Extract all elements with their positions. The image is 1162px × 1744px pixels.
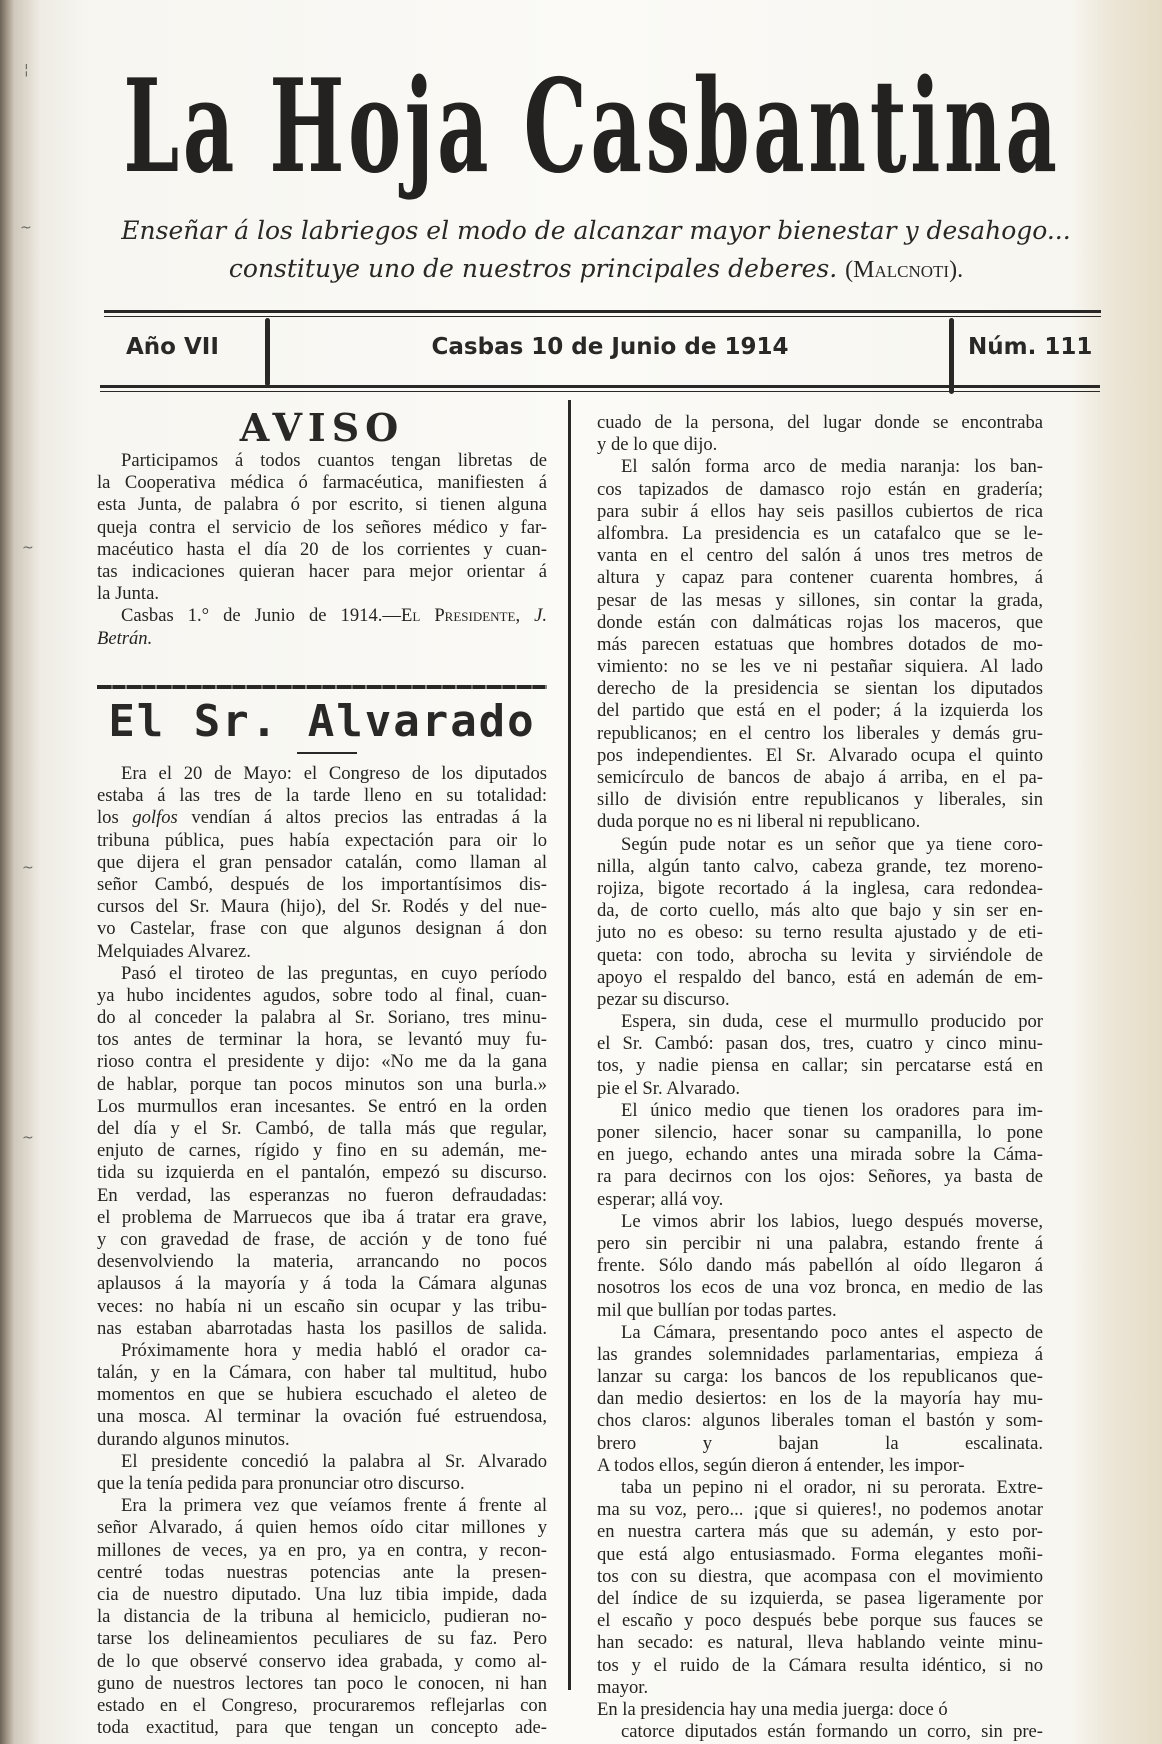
text-line: sillo de división entre republicanos y l… (597, 789, 1043, 811)
text-line: estado en el Congreso, procuraremos refl… (97, 1695, 547, 1717)
text-line: El salón forma arco de media naranja: lo… (597, 456, 1043, 478)
rule-top-thin (104, 316, 1101, 317)
motto-text: constituye uno de nuestros principales d… (229, 254, 837, 283)
text-line: aplausos á la mayoría y á toda la Cámara… (97, 1273, 547, 1295)
aviso-body: Participamos á todos cuantos tengan libr… (97, 450, 547, 650)
text-line: pos independientes. El Sr. Alvarado ocup… (597, 745, 1043, 767)
text-line: El presidente concedió la palabra al Sr.… (97, 1451, 547, 1473)
issue-place-date: Casbas 10 de Junio de 1914 (270, 334, 950, 360)
text-line: que dijera el gran pensador catalán, com… (97, 852, 547, 874)
text-line: vanta en el centro del salón á unos tres… (597, 545, 1043, 567)
text-line: del día y el Sr. Cambó, de talla más que… (97, 1118, 547, 1140)
text-line: centré todas nuestras potencias ante la … (97, 1562, 547, 1584)
text-line: Le vimos abrir los labios, luego después… (597, 1211, 1043, 1233)
margin-mark: ~ (22, 860, 34, 876)
text-line: rioso contra el presidente y dijo: «No m… (97, 1051, 547, 1073)
text-line: rojiza, bigote recortado á la inglesa, c… (597, 878, 1043, 900)
text-line: ma su voz, pero... ¡que si quieres!, no … (597, 1499, 1043, 1521)
text-line: tribuna pública, pues había expectación … (97, 830, 547, 852)
text-line: donde están con dalmáticas rojas los mac… (597, 612, 1043, 634)
text-line: Según pude notar es un señor que ya tien… (597, 834, 1043, 856)
text-line: El único medio que tienen los oradores p… (597, 1100, 1043, 1122)
text-line: de hablar, porque tan pocos minutos son … (97, 1074, 547, 1096)
text-line: queja contra el servicio de los señores … (97, 517, 547, 539)
text-line: brero y bajan la escalinata. (597, 1433, 1043, 1455)
article-heading: El Sr. Alvarado (97, 696, 547, 747)
text-line: pezar su discurso. (597, 989, 1043, 1011)
text-line: pero sin percibir ni una palabra, estand… (597, 1233, 1043, 1255)
text-line: y con gravedad de frase, de acción y de … (97, 1229, 547, 1251)
text-line: esta Junta, de palabra ó por escrito, si… (97, 494, 547, 516)
heading-underline (297, 752, 357, 754)
rule-top (104, 310, 1101, 313)
text-line: señor Alvarado, á quien hemos oído citar… (97, 1517, 547, 1539)
text-line: toda exactitud, para que tengan un conce… (97, 1717, 547, 1739)
text-line: frente. Sólo dando más pabellón al oído … (597, 1255, 1043, 1277)
text-line: que la tenía pedida para pronunciar otro… (97, 1473, 547, 1495)
text-line: vo Castelar, frase con que algunos desig… (97, 918, 547, 940)
text-line: nilla, algún tanto calvo, cabeza grande,… (597, 856, 1043, 878)
article-column-left: Era el 20 de Mayo: el Congreso de los di… (97, 763, 547, 1739)
text-line: ra para decirnos con los ojos: Señores, … (597, 1166, 1043, 1188)
text-line: juto no es obeso: su terno resulta ajust… (597, 922, 1043, 944)
margin-mark: ~ (22, 1130, 34, 1146)
text-line: guno de nuestros lectores tan poco le co… (97, 1673, 547, 1695)
text-line: La Cámara, presentando poco antes el asp… (597, 1322, 1043, 1344)
text-line: del índice de su izquierda, se pasea lig… (597, 1588, 1043, 1610)
text-line: han secado: es natural, lleva hablando v… (597, 1632, 1043, 1654)
text-line: tos antes de terminar la hora, se levant… (97, 1029, 547, 1051)
text-line: alfombra. La presidencia es un catafalco… (597, 523, 1043, 545)
text-line: la Junta. (97, 583, 547, 605)
text-line: En verdad, las esperanzas no fueron defr… (97, 1185, 547, 1207)
text-line: desenvolviendo la materia, arrancando no… (97, 1251, 547, 1273)
text-line: Era el 20 de Mayo: el Congreso de los di… (97, 763, 547, 785)
text-line: la Cooperativa médica ó farmacéutica, ma… (97, 472, 547, 494)
text-line: republicanos; en el centro los liberales… (597, 723, 1043, 745)
text-line: poner silencio, hacer sonar su campanill… (597, 1122, 1043, 1144)
text-line: altura y capaz para contener cuarenta ho… (597, 567, 1043, 589)
text-line: cuado de la persona, del lugar donde se … (597, 412, 1043, 434)
text-line: el escaño y poco después bebe porque sus… (597, 1610, 1043, 1632)
text-line: queta: con todo, abrocha su levita y sir… (597, 945, 1043, 967)
text-line: que está algo entusiasmado. Forma elegan… (597, 1544, 1043, 1566)
text-line: Participamos á todos cuantos tengan libr… (97, 450, 547, 472)
text-line: duda porque no es ni liberal ni republic… (597, 811, 1043, 833)
text-line: una mosca. Al terminar la ovación fué es… (97, 1406, 547, 1428)
text-line: chos claros: algunos liberales toman el … (597, 1410, 1043, 1432)
text-line: semicírculo de bancos de abajo á arriba,… (597, 767, 1043, 789)
text-line: cos tapizados de damasco rojo están en g… (597, 479, 1043, 501)
text-line: Era la primera vez que veíamos frente á … (97, 1495, 547, 1517)
issue-year: Año VII (126, 334, 219, 360)
masthead-title: La Hoja Casbantina (96, 52, 1088, 202)
text-line: señor Cambó, después de los importantísi… (97, 874, 547, 896)
text-line: dan medio desiertos: en los de la mayorí… (597, 1388, 1043, 1410)
text-line: los golfos vendían á altos precios las e… (97, 807, 547, 829)
text-line: veces: no había ni un escaño sin ocupar … (97, 1296, 547, 1318)
text-line: Melquiades Alvarez. (97, 941, 547, 963)
text-line: do al conceder la palabra al Sr. Soriano… (97, 1007, 547, 1029)
text-line: cursos del Sr. Maura (hijo), del Sr. Rod… (97, 896, 547, 918)
margin-mark: ~ (22, 540, 34, 556)
text-line: millones de veces, ya en pro, ya en cont… (97, 1540, 547, 1562)
text-line: pesar de las mesas y sillones, sin conta… (597, 590, 1043, 612)
text-line: durando algunos minutos. (97, 1429, 547, 1451)
text-line: tas indicaciones quieran hacer para mejo… (97, 561, 547, 583)
text-line: Casbas 1.° de Junio de 1914.—El Presiden… (97, 605, 547, 627)
text-line: el Sr. Cambó: pasan dos, tres, cuatro y … (597, 1033, 1043, 1055)
text-line: Espera, sin duda, cese el murmullo produ… (597, 1011, 1043, 1033)
text-line: del partido que está en el poder; á la i… (597, 700, 1043, 722)
text-line: Pasó el tiroteo de las preguntas, en cuy… (97, 963, 547, 985)
text-line: estaba á las tres de la tarde lleno en s… (97, 785, 547, 807)
text-line: ya hubo incidentes agudos, sobre todo al… (97, 985, 547, 1007)
text-line: mil que bullían por todas partes. (597, 1300, 1043, 1322)
text-line: mayor. (597, 1677, 1043, 1699)
text-line: cia de nuestro diputado. Una luz tibia i… (97, 1584, 547, 1606)
text-line: tos, y nadie piensa en callar; sin perca… (597, 1055, 1043, 1077)
text-line: en nuestra cartera más que su ademán, y … (597, 1521, 1043, 1543)
text-line: vimiento: no se les ve ni pestañar siqui… (597, 656, 1043, 678)
text-line: tarse los delineamientos peculiares de s… (97, 1628, 547, 1650)
text-line: tos y el ruido de la Cámara resulta idén… (597, 1655, 1043, 1677)
text-line: en juego, echando antes una mirada sobre… (597, 1144, 1043, 1166)
motto-line-1: Enseñar á los labriegos el modo de alcan… (96, 216, 1096, 245)
column-divider (568, 400, 571, 1690)
text-line: momentos en que se hubiera escuchado el … (97, 1384, 547, 1406)
text-line: talán, y en la Cámara, con haber tal mul… (97, 1362, 547, 1384)
text-line: derecho de la presidencia se sientan los… (597, 678, 1043, 700)
text-line: para subir á ellos hay seis pasillos cub… (597, 501, 1043, 523)
text-line: Los murmullos eran incesantes. Se entró … (97, 1096, 547, 1118)
text-line: nosotros los ecos de una voz bronca, en … (597, 1277, 1043, 1299)
text-line: de lo que observé conservo idea grabada,… (97, 1651, 547, 1673)
text-line: catorce diputados están formando un corr… (597, 1721, 1043, 1743)
text-line: nas estaban abarrotadas hasta los pasill… (97, 1318, 547, 1340)
text-line: tida su izquierda en el pantalón, empezó… (97, 1162, 547, 1184)
text-line: da, de corto cuello, más alto que bajo y… (597, 900, 1043, 922)
text-line: En la presidencia hay una media juerga: … (597, 1699, 1043, 1721)
text-line: lanzar su carga: los bancos de los repub… (597, 1366, 1043, 1388)
margin-mark: ~ (20, 220, 32, 236)
text-line: y de lo que dijo. (597, 434, 1043, 456)
issue-number: Núm. 111 (968, 334, 1092, 360)
text-line: la distancia de la tribuna al hemiciclo,… (97, 1606, 547, 1628)
aviso-heading: AVISO (97, 405, 547, 450)
motto-author: (Malcnoti). (845, 257, 963, 283)
text-line: más parecen estatuas que hombres dotados… (597, 634, 1043, 656)
text-line: macéutico hasta el día 20 de los corrien… (97, 539, 547, 561)
margin-mark: ¦ (24, 62, 29, 78)
text-line: enjuto de carnes, rígido y fino en su ad… (97, 1140, 547, 1162)
text-line: apoyo el respaldo del banco, está en ade… (597, 967, 1043, 989)
text-line: Próximamente hora y media habló el orado… (97, 1340, 547, 1362)
decorative-rule (97, 685, 547, 689)
text-line: las grandes solemnidades parlamentarias,… (597, 1344, 1043, 1366)
text-line: tos con su diestra, que acompasa con el … (597, 1566, 1043, 1588)
text-line: Betrán. (97, 628, 547, 650)
text-line: taba un pepino ni el orador, ni su peror… (597, 1477, 1043, 1499)
motto-line-2: constituye uno de nuestros principales d… (96, 254, 1096, 284)
text-line: pie el Sr. Alvarado. (597, 1078, 1043, 1100)
text-line: esperar; allá voy. (597, 1189, 1043, 1211)
text-line: A todos ellos, según dieron á entender, … (597, 1455, 1043, 1477)
article-column-right: cuado de la persona, del lugar donde se … (597, 412, 1043, 1743)
text-line: el problema de Marruecos que iba á trata… (97, 1207, 547, 1229)
